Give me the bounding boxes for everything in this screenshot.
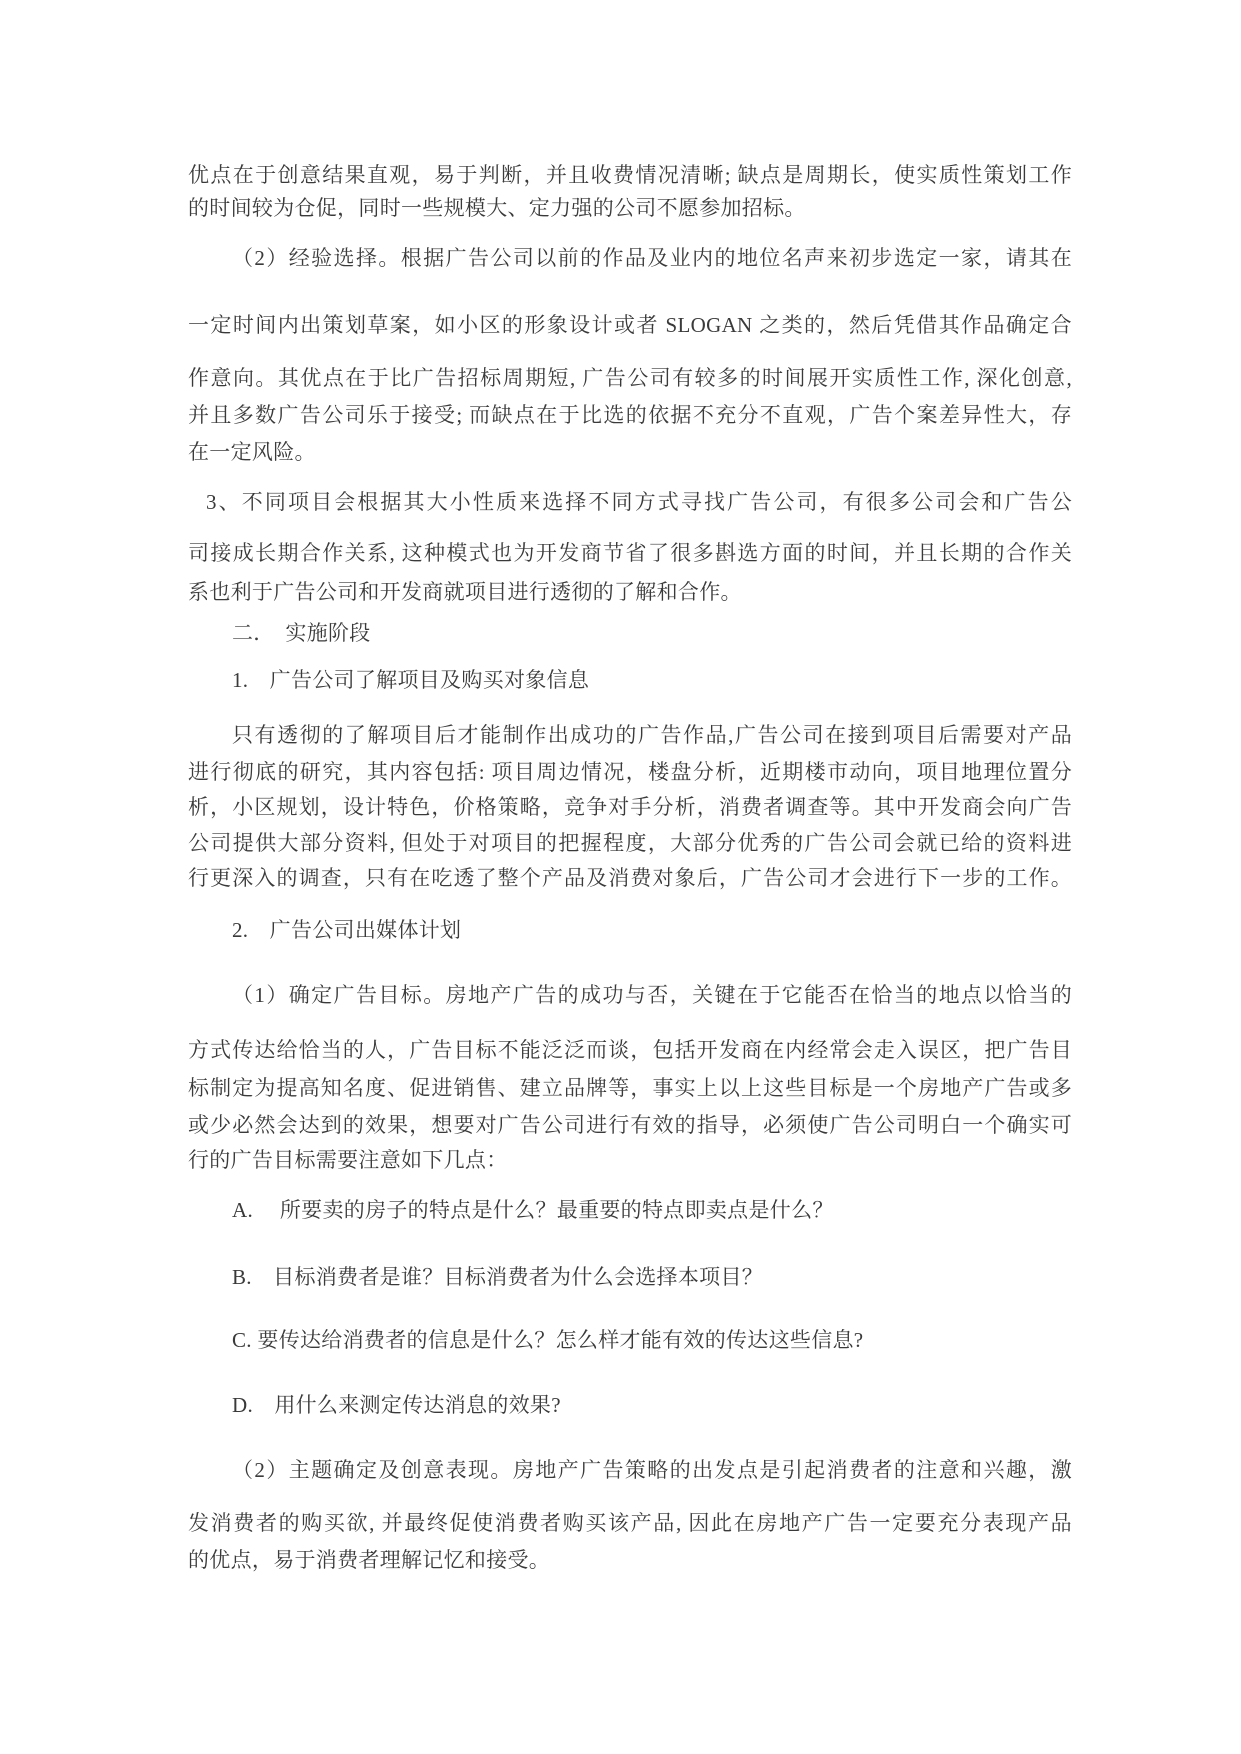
text-line: 标制定为提高知名度、促进销售、建立品牌等，事实上以上这些目标是一个房地产广告或多 xyxy=(188,1076,1072,1100)
text-line: 二． 实施阶段 xyxy=(188,621,1072,645)
text-line: 的优点，易于消费者理解记忆和接受。 xyxy=(188,1548,1072,1572)
text-line: 并且多数广告公司乐于接受; 而缺点在于比选的依据不充分不直观，广告个案差异性大，… xyxy=(188,403,1072,427)
text-line: 行的广告目标需要注意如下几点： xyxy=(188,1148,1072,1172)
text-line: 析，小区规划，设计特色，价格策略，竞争对手分析，消费者调查等。其中开发商会向广告 xyxy=(188,795,1072,819)
text-line: 一定时间内出策划草案，如小区的形象设计或者 SLOGAN 之类的，然后凭借其作品… xyxy=(188,313,1072,337)
document-page: 优点在于创意结果直观，易于判断，并且收费情况清晰; 缺点是周期长，使实质性策划工… xyxy=(0,0,1241,1754)
text-line: （2）主题确定及创意表现。房地产广告策略的出发点是引起消费者的注意和兴趣，激 xyxy=(188,1458,1072,1482)
text-line: 3、不同项目会根据其大小性质来选择不同方式寻找广告公司，有很多公司会和广告公 xyxy=(188,490,1072,514)
text-line: 优点在于创意结果直观，易于判断，并且收费情况清晰; 缺点是周期长，使实质性策划工… xyxy=(188,163,1072,187)
text-line: C. 要传达给消费者的信息是什么？怎么样才能有效的传达这些信息? xyxy=(188,1328,1072,1352)
text-line: 方式传达给恰当的人，广告目标不能泛泛而谈，包括开发商在内经常会走入误区，把广告目 xyxy=(188,1038,1072,1062)
text-line: 进行彻底的研究，其内容包括: 项目周边情况，楼盘分析，近期楼市动向，项目地理位置… xyxy=(188,760,1072,784)
text-line: 司接成长期合作关系, 这种模式也为开发商节省了很多斟选方面的时间，并且长期的合作… xyxy=(188,541,1072,565)
text-line: 或少必然会达到的效果，想要对广告公司进行有效的指导，必须使广告公司明白一个确实可 xyxy=(188,1113,1072,1137)
text-line: 发消费者的购买欲, 并最终促使消费者购买该产品, 因此在房地产广告一定要充分表现… xyxy=(188,1511,1072,1535)
text-line: （1）确定广告目标。房地产广告的成功与否，关键在于它能否在恰当的地点以恰当的 xyxy=(188,983,1072,1007)
text-line: 在一定风险。 xyxy=(188,440,1072,464)
text-line: B. 目标消费者是谁？目标消费者为什么会选择本项目？ xyxy=(188,1265,1072,1289)
document-text-block: 优点在于创意结果直观，易于判断，并且收费情况清晰; 缺点是周期长，使实质性策划工… xyxy=(188,0,1072,1754)
text-line: 只有透彻的了解项目后才能制作出成功的广告作品,广告公司在接到项目后需要对产品 xyxy=(188,723,1072,747)
text-line: 系也利于广告公司和开发商就项目进行透彻的了解和合作。 xyxy=(188,580,1072,604)
text-line: 2. 广告公司出媒体计划 xyxy=(188,918,1072,942)
text-line: D. 用什么来测定传达消息的效果? xyxy=(188,1393,1072,1417)
text-line: 1. 广告公司了解项目及购买对象信息 xyxy=(188,668,1072,692)
text-line: A. 所要卖的房子的特点是什么？最重要的特点即卖点是什么？ xyxy=(188,1198,1072,1222)
text-line: （2）经验选择。根据广告公司以前的作品及业内的地位名声来初步选定一家，请其在 xyxy=(188,246,1072,270)
text-line: 公司提供大部分资料, 但处于对项目的把握程度，大部分优秀的广告公司会就已给的资料… xyxy=(188,831,1072,855)
text-line: 行更深入的调查，只有在吃透了整个产品及消费对象后，广告公司才会进行下一步的工作。 xyxy=(188,866,1072,890)
text-line: 作意向。其优点在于比广告招标周期短, 广告公司有较多的时间展开实质性工作, 深化… xyxy=(188,366,1072,390)
text-line: 的时间较为仓促，同时一些规模大、定力强的公司不愿参加招标。 xyxy=(188,196,1072,220)
